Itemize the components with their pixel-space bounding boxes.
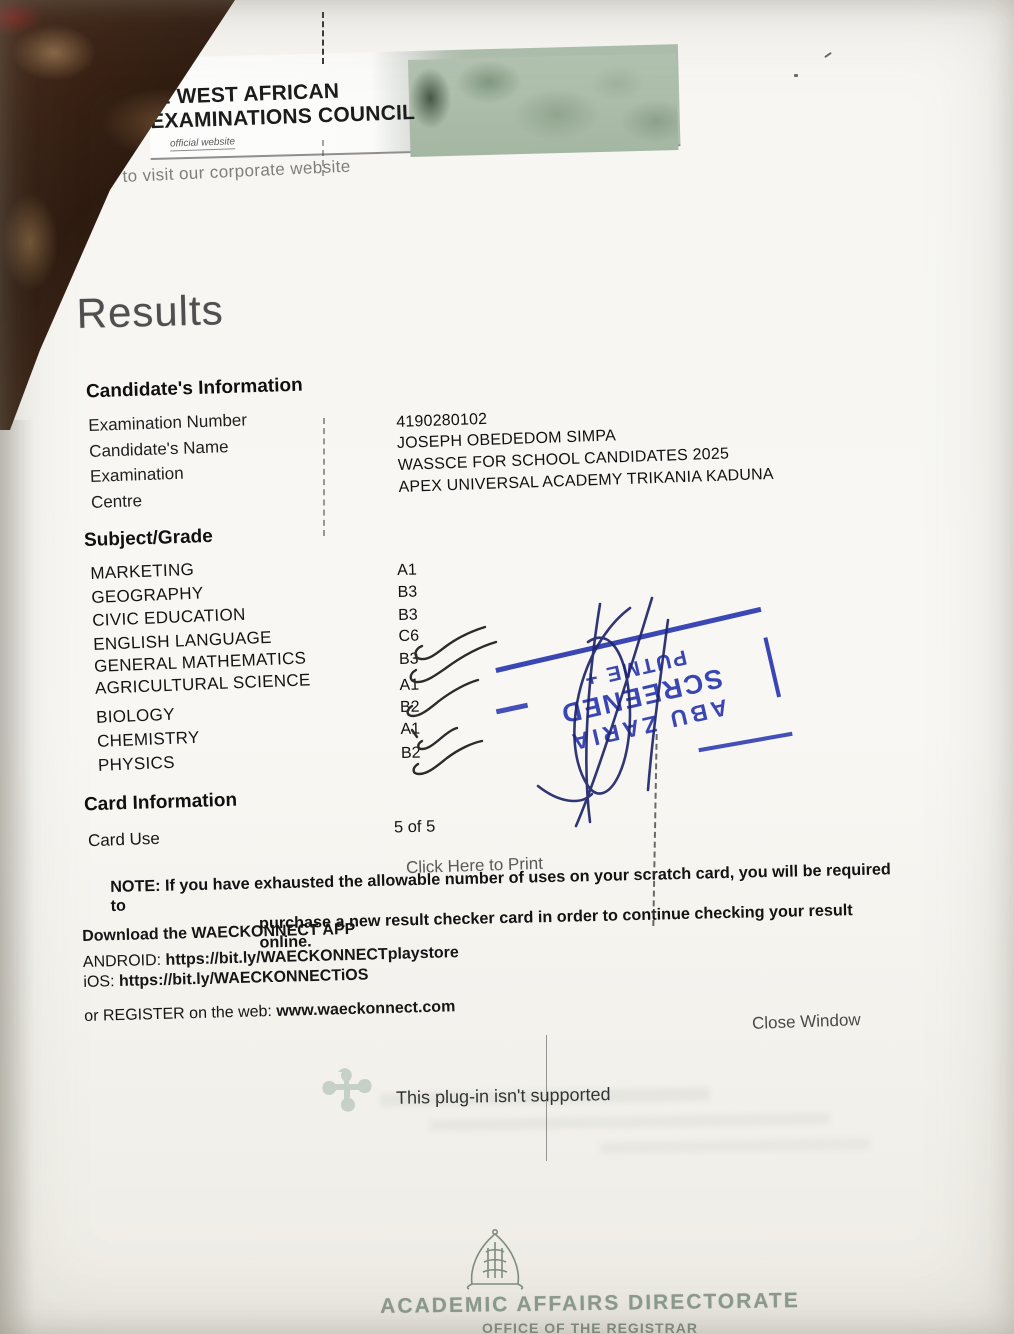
card-use-label: Card Use	[88, 829, 160, 851]
signature	[480, 590, 730, 830]
waec-logo: E WEST AFRICAN EXAMINATIONS COUNCIL offi…	[156, 77, 416, 152]
subject-name: CHEMISTRY	[97, 728, 200, 752]
fold-crease	[322, 12, 324, 64]
page-title: Results	[76, 286, 224, 338]
ghost-text-smudge	[600, 1138, 870, 1155]
banner-photo-collage	[408, 53, 678, 157]
subject-name: CIVIC EDUCATION	[92, 605, 246, 631]
corporate-link-text: to visit our corporate website	[122, 157, 351, 186]
puzzle-piece-icon	[318, 1066, 372, 1120]
corporate-website-link[interactable]: meto visit our corporate website	[100, 157, 351, 188]
field-value: 4190280102	[396, 411, 488, 432]
registrar-office-title: OFFICE OF THE REGISTRAR	[330, 1320, 850, 1334]
subject-name: PHYSICS	[98, 753, 175, 776]
note-label: NOTE:	[110, 877, 161, 896]
scanned-results-document: E WEST AFRICAN EXAMINATIONS COUNCIL offi…	[0, 0, 1014, 1334]
field-label: Examination Number	[88, 410, 247, 436]
fold-crease	[546, 1035, 547, 1161]
candidate-info-labels: Examination Number Candidate's Name Exam…	[88, 406, 388, 416]
grade-column: A1 B3 B3 C6 B3 A1 B2 A1 B2	[397, 561, 457, 562]
subject-column: MARKETING GEOGRAPHY CIVIC EDUCATION ENGL…	[90, 553, 370, 564]
card-info-heading: Card Information	[84, 790, 238, 817]
card-use-value: 5 of 5	[394, 817, 436, 837]
field-value: JOSEPH OBEDEDOM SIMPA	[397, 427, 617, 453]
register-label: or REGISTER on the web:	[84, 1003, 272, 1025]
paper-edge-shadow	[0, 420, 34, 1334]
subject-name: MARKETING	[90, 560, 194, 584]
stamp-side-bar	[763, 637, 781, 698]
directorate-title: ACADEMIC AFFAIRS DIRECTORATE	[330, 1288, 850, 1319]
candidate-info-heading: Candidate's Information	[86, 375, 303, 404]
grade-value: A1	[397, 562, 417, 580]
org-tagline: official website	[170, 136, 235, 151]
fold-crease	[323, 418, 325, 536]
paper-speck	[794, 74, 798, 77]
paper-speck	[824, 52, 832, 58]
university-crest-logo	[462, 1228, 528, 1292]
subject-name: GEOGRAPHY	[91, 583, 204, 607]
fold-crease	[322, 140, 324, 176]
subject-name: BIOLOGY	[96, 705, 175, 728]
field-label: Centre	[91, 491, 143, 513]
candidate-info-values: 4190280102 JOSEPH OBEDEDOM SIMPA WASSCE …	[396, 397, 876, 414]
android-label: ANDROID:	[83, 952, 162, 971]
close-window-link[interactable]: Close Window	[752, 1010, 861, 1034]
field-label: Examination	[90, 464, 184, 487]
ios-label: iOS:	[83, 973, 115, 991]
field-label: Candidate's Name	[89, 437, 229, 462]
ghost-text-smudge	[430, 1113, 830, 1132]
subject-grade-heading: Subject/Grade	[84, 526, 213, 552]
register-url-link[interactable]: www.waeckonnect.com	[276, 998, 455, 1020]
